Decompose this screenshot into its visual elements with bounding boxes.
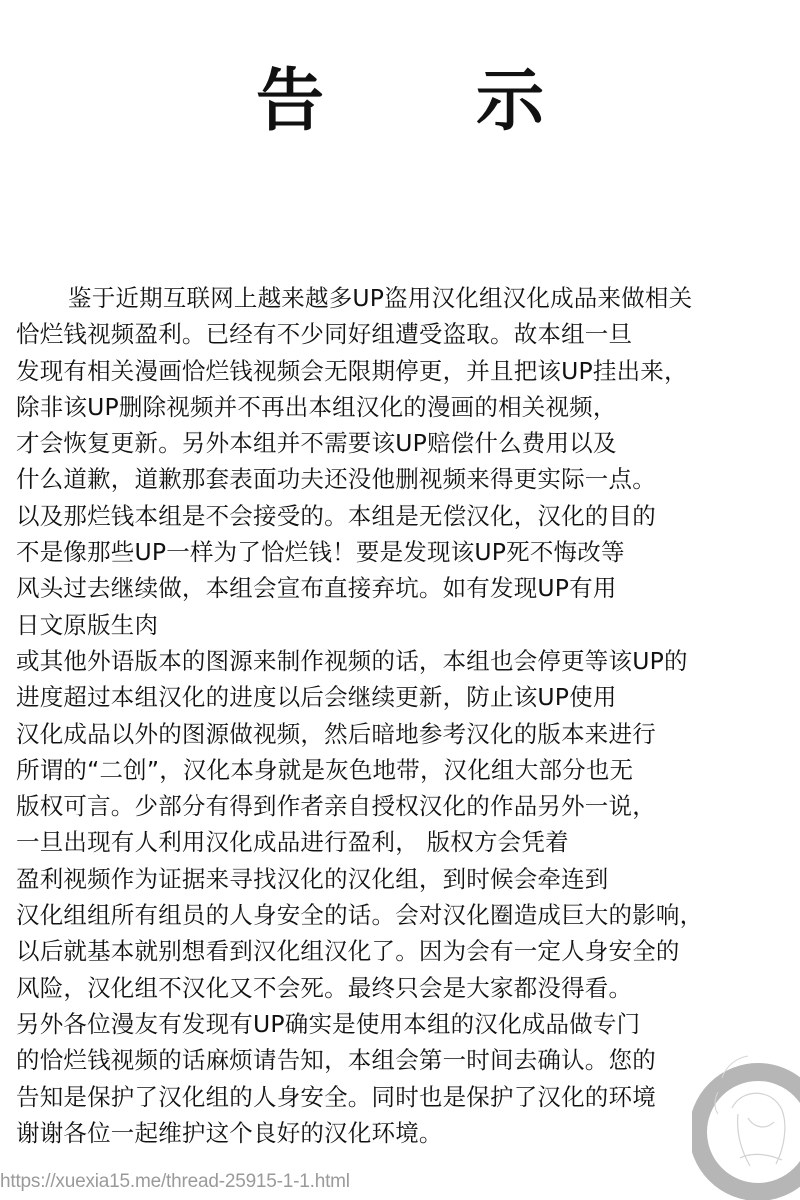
notice-line: 进度超过本组汉化的进度以后会继续更新，防止该UP使用: [16, 679, 800, 715]
notice-line: 恰烂钱视频盈利。已经有不少同好组遭受盗取。故本组一旦: [16, 316, 800, 352]
notice-line: 告知是保护了汉化组的人身安全。同时也是保护了汉化的环境: [16, 1079, 800, 1115]
notice-line: 一旦出现有人利用汉化成品进行盈利， 版权方会凭着: [16, 824, 800, 860]
notice-line: 的恰烂钱视频的话麻烦请告知，本组会第一时间去确认。您的: [16, 1042, 800, 1078]
notice-line: 风险，汉化组不汉化又不会死。最终只会是大家都没得看。: [16, 970, 800, 1006]
notice-title: 告示: [0, 62, 800, 142]
notice-line: 风头过去继续做，本组会宣布直接弃坑。如有发现UP有用: [16, 570, 800, 606]
notice-line: 发现有相关漫画恰烂钱视频会无限期停更，并且把该UP挂出来，: [16, 353, 800, 389]
notice-line: 日文原版生肉: [16, 607, 800, 643]
notice-line: 盈利视频作为证据来寻找汉化的汉化组，到时候会牵连到: [16, 861, 800, 897]
notice-line: 才会恢复更新。另外本组并不需要该UP赔偿什么费用以及: [16, 425, 800, 461]
notice-line: 或其他外语版本的图源来制作视频的话，本组也会停更等该UP的: [16, 643, 800, 679]
notice-line: 另外各位漫友有发现有UP确实是使用本组的汉化成品做专门: [16, 1006, 800, 1042]
title-char-2: 示: [470, 62, 550, 142]
notice-line: 以及那烂钱本组是不会接受的。本组是无偿汉化，汉化的目的: [16, 498, 800, 534]
notice-line: 不是像那些UP一样为了恰烂钱！要是发现该UP死不悔改等: [16, 534, 800, 570]
notice-line: 什么道歉，道歉那套表面功夫还没他删视频来得更实际一点。: [16, 461, 800, 497]
notice-line: 所谓的“二创”，汉化本身就是灰色地带，汉化组大部分也无: [16, 752, 800, 788]
notice-line: 汉化成品以外的图源做视频，然后暗地参考汉化的版本来进行: [16, 716, 800, 752]
title-char-1: 告: [250, 62, 330, 142]
notice-line: 以后就基本就别想看到汉化组汉化了。因为会有一定人身安全的: [16, 933, 800, 969]
notice-line: 汉化组组所有组员的人身安全的话。会对汉化圈造成巨大的影响，: [16, 897, 800, 933]
notice-line: 鉴于近期互联网上越来越多UP盗用汉化组汉化成品来做相关: [16, 280, 800, 316]
source-url: https://xuexia15.me/thread-25915-1-1.htm…: [0, 1171, 350, 1193]
notice-line: 谢谢各位一起维护这个良好的汉化环境。: [16, 1115, 800, 1151]
notice-line: 除非该UP删除视频并不再出本组汉化的漫画的相关视频，: [16, 389, 800, 425]
watermark-seal-icon: [692, 1048, 800, 1200]
notice-body: 鉴于近期互联网上越来越多UP盗用汉化组汉化成品来做相关 恰烂钱视频盈利。已经有不…: [16, 280, 800, 1151]
notice-line: 版权可言。少部分有得到作者亲自授权汉化的作品另外一说，: [16, 788, 800, 824]
